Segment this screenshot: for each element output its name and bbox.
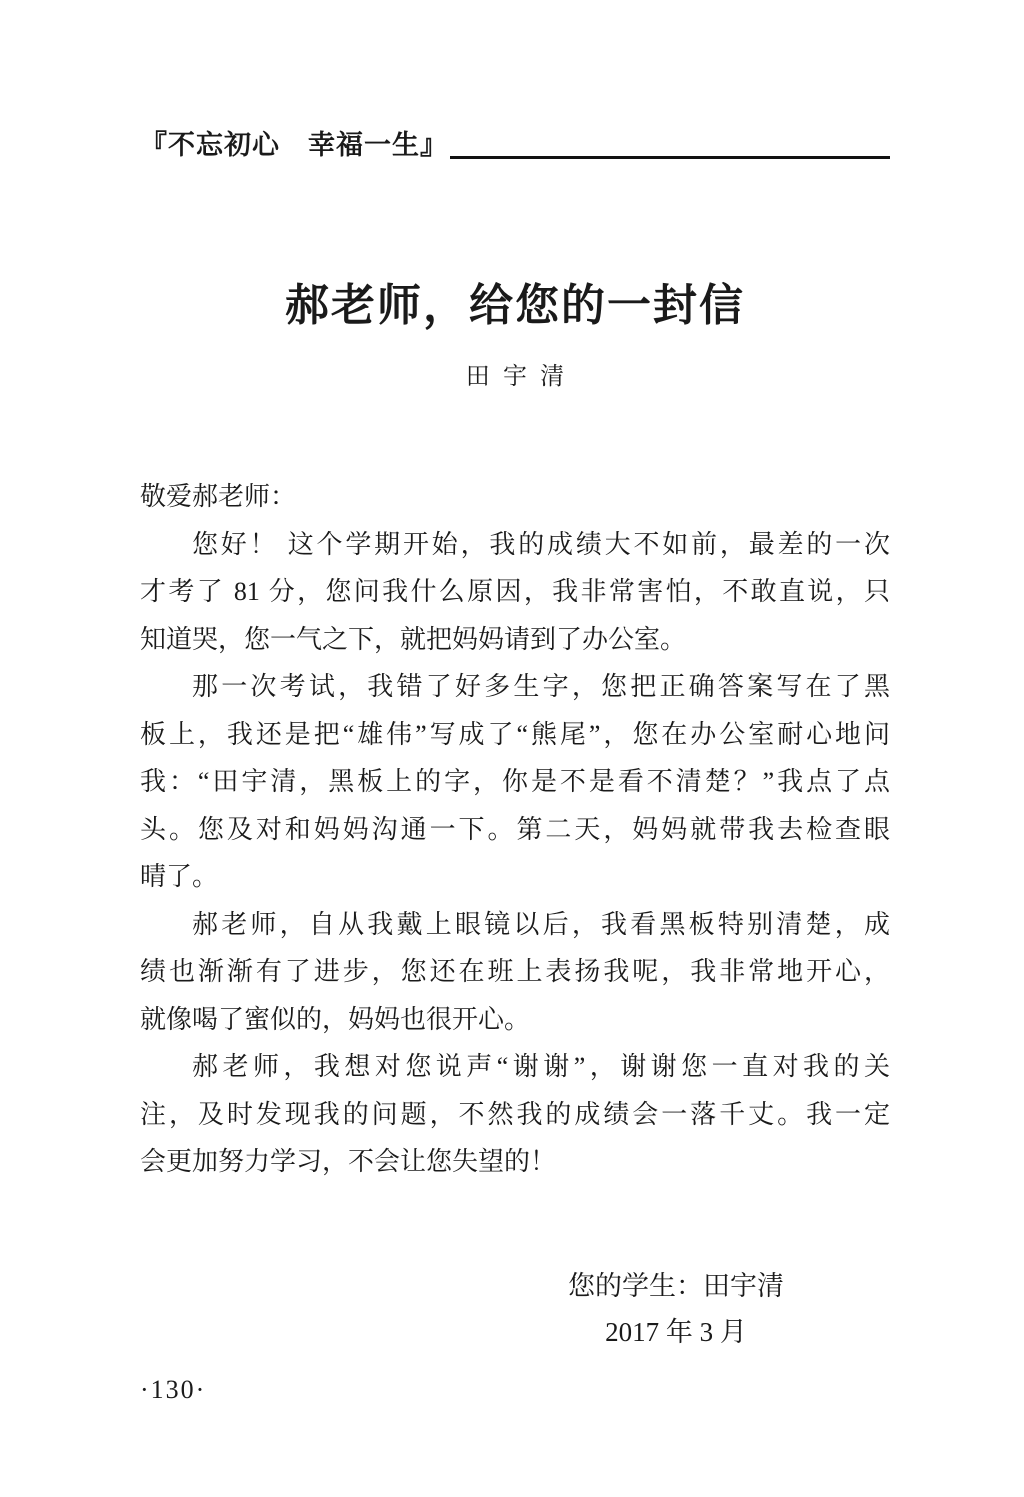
letter-line: 我：“田宇清，黑板上的字，你是不是看不清楚？”我点了点: [140, 758, 890, 806]
letter-line: 会更加努力学习，不会让您失望的！: [140, 1138, 890, 1186]
header-rule: [450, 156, 890, 159]
signature-line: 您的学生：田宇清: [568, 1263, 784, 1309]
letter-line: 绩也渐渐有了进步，您还在班上表扬我呢，我非常地开心，: [140, 948, 890, 996]
letter-line-salutation: 敬爱郝老师：: [140, 473, 890, 521]
letter-line: 就像喝了蜜似的，妈妈也很开心。: [140, 996, 890, 1044]
letter-line: 郝老师，我想对您说声“谢谢”，谢谢您一直对我的关: [140, 1043, 890, 1091]
letter-line: 郝老师，自从我戴上眼镜以后，我看黑板特别清楚，成: [140, 901, 890, 949]
letter-line: 知道哭，您一气之下，就把妈妈请到了办公室。: [140, 616, 890, 664]
letter-line: 头。您及对和妈妈沟通一下。第二天，妈妈就带我去检查眼: [140, 806, 890, 854]
letter-line: 您好！ 这个学期开始，我的成绩大不如前，最差的一次: [140, 521, 890, 569]
letter-line: 注，及时发现我的问题，不然我的成绩会一落千丈。我一定: [140, 1091, 890, 1139]
running-header-title: 『不忘初心 幸福一生』: [140, 128, 448, 162]
scanned-book-page: 『不忘初心 幸福一生』 郝老师，给您的一封信 田宇清 敬爱郝老师： 您好！ 这个…: [0, 0, 1024, 1497]
letter-line: 那一次考试，我错了好多生字，您把正确答案写在了黑: [140, 663, 890, 711]
page-number: ·130·: [140, 1375, 890, 1405]
letter-line: 晴了。: [140, 853, 890, 901]
letter-line: 才考了 81 分，您问我什么原因，我非常害怕，不敢直说，只: [140, 568, 890, 616]
running-header-row: 『不忘初心 幸福一生』: [140, 126, 890, 162]
letter-closing: 您的学生：田宇清 2017 年 3 月: [568, 1263, 784, 1355]
letter-line: 板上，我还是把“雄伟”写成了“熊尾”，您在办公室耐心地问: [140, 711, 890, 759]
article-title: 郝老师，给您的一封信: [140, 280, 890, 332]
article-author: 田宇清: [140, 361, 890, 393]
date-line: 2017 年 3 月: [568, 1309, 784, 1355]
letter-body: 敬爱郝老师： 您好！ 这个学期开始，我的成绩大不如前，最差的一次 才考了 81 …: [140, 473, 890, 1186]
